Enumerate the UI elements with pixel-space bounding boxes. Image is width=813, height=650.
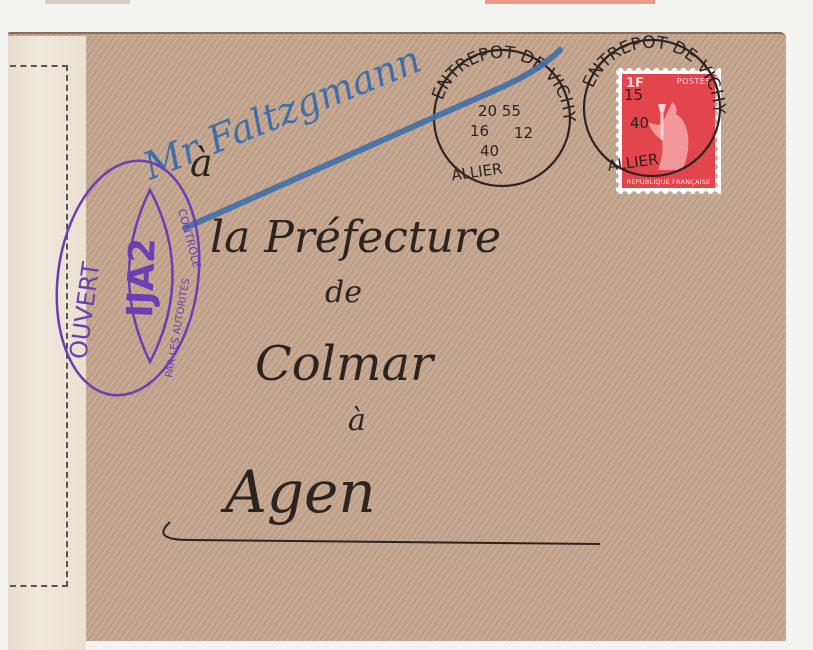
- svg-text:16: 16: [470, 122, 489, 140]
- envelope-markings: ENTREPOT DE VICHY 20 55 16 12 40 ALLIER …: [0, 0, 813, 650]
- svg-text:40: 40: [480, 142, 499, 160]
- svg-text:20 55: 20 55: [478, 102, 521, 120]
- svg-text:à: à: [348, 403, 366, 438]
- recipient-address: à la Préfecture de Colmar à Agen: [163, 141, 600, 544]
- svg-text:12: 12: [514, 124, 533, 142]
- svg-text:40: 40: [630, 114, 649, 132]
- svg-text:Colmar: Colmar: [255, 336, 436, 392]
- svg-text:ENTREPOT DE VICHY: ENTREPOT DE VICHY: [579, 11, 748, 136]
- censor-mark: IJA2 OUVERT CONTROLE PAR LES AUTORITÉS: [42, 151, 213, 404]
- svg-text:OUVERT: OUVERT: [64, 260, 105, 361]
- svg-text:à: à: [190, 141, 213, 185]
- blue-pencil-note: Mr Faltzgmann: [136, 37, 560, 228]
- svg-text:IJA2: IJA2: [120, 237, 164, 318]
- svg-text:Agen: Agen: [220, 458, 376, 526]
- svg-text:de: de: [325, 275, 362, 310]
- svg-text:15: 15: [624, 86, 643, 104]
- svg-text:la Préfecture: la Préfecture: [210, 212, 501, 263]
- svg-text:ALLIER: ALLIER: [450, 160, 503, 185]
- postmark-2: ENTREPOT DE VICHY 15 40 ALLIER: [579, 11, 748, 176]
- postmark-1: ENTREPOT DE VICHY 20 55 16 12 40 ALLIER: [428, 23, 596, 186]
- svg-text:ALLIER: ALLIER: [606, 150, 659, 175]
- svg-text:Mr Faltzgmann: Mr Faltzgmann: [136, 37, 427, 189]
